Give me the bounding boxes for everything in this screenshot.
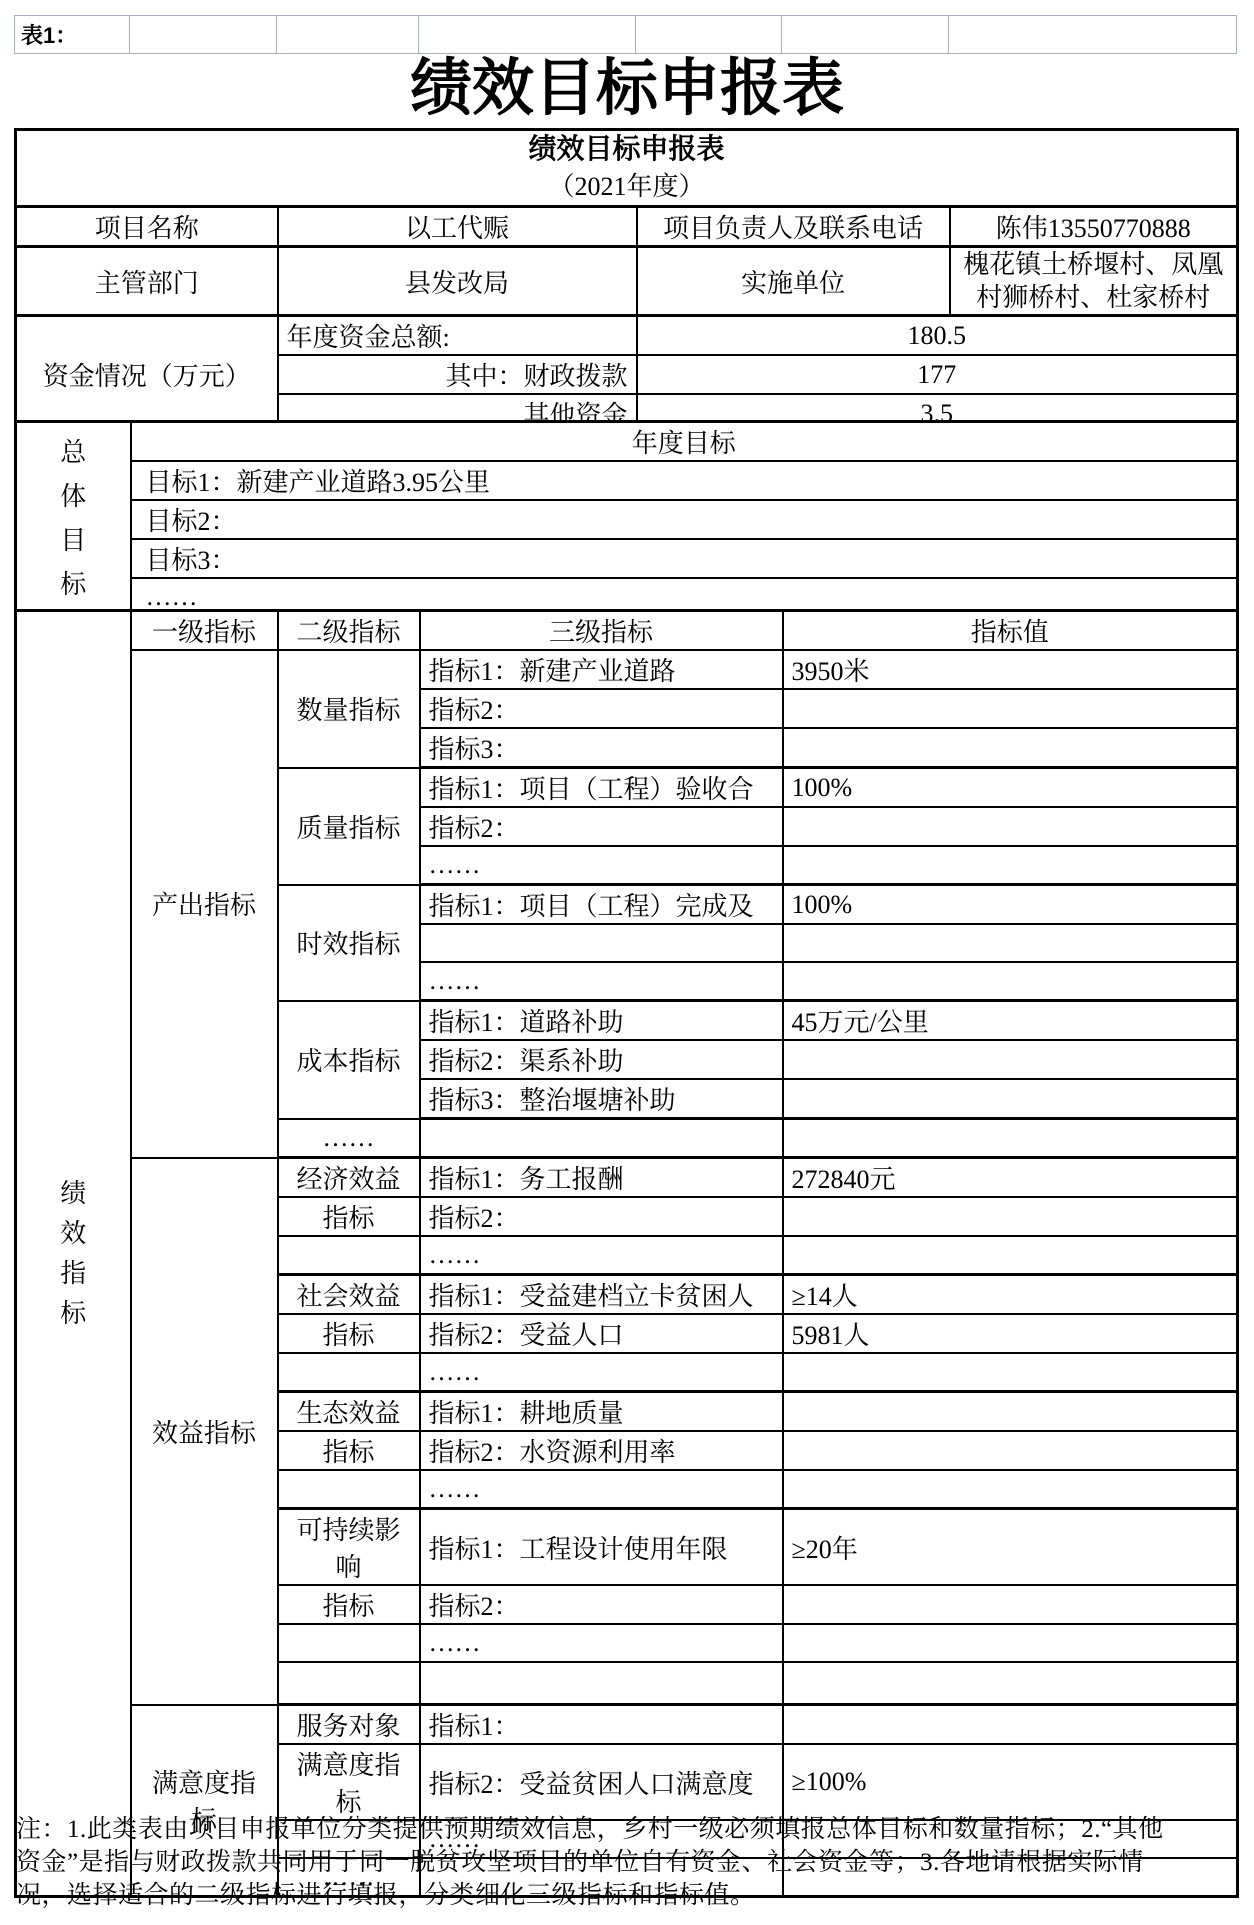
value-cell [783,1119,1238,1158]
form-header-table: 绩效目标申报表 （2021年度） 项目名称 以工代赈 项目负责人及联系电话 陈伟… [14,128,1239,435]
value-cell [783,1040,1238,1079]
l2-cell: 可持续影响 [278,1509,420,1586]
goal-row-3: 目标3： [131,539,1238,578]
funding-total-value: 180.5 [637,316,1238,356]
l3-cell [420,1119,783,1158]
footnote-line-2: 资金”是指与财政拨款共同用于同一脱贫攻坚项目的单位自有资金、社会资金等；3.各地… [16,1846,1240,1879]
spreadsheet-grid-row: 表1： [14,15,1237,54]
value-cell [783,1705,1238,1745]
l2-cell: 生态效益 [278,1392,420,1432]
l3-cell: 指标3： [420,728,783,768]
l3-cell: 指标2：水资源利用率 [420,1431,783,1470]
value-cell [783,1079,1238,1119]
l2-cell: 服务对象 [278,1705,420,1745]
l3-cell: 指标2：渠系补助 [420,1040,783,1079]
l2-cell [278,1236,420,1275]
value-cell: 3950米 [783,650,1238,689]
empty-grid-cell [419,16,636,54]
funding-total-label: 年度资金总额: [278,316,637,356]
value-cell [783,1585,1238,1624]
value-cell [783,807,1238,846]
l3-cell [420,1662,783,1705]
l3-cell: 指标1：务工报酬 [420,1158,783,1198]
project-name-label: 项目名称 [16,207,278,247]
department-label: 主管部门 [16,247,278,316]
l2-cell: 成本指标 [278,1001,420,1119]
l3-cell: 指标1：项目（工程）验收合 [420,768,783,808]
value-cell [783,1624,1238,1662]
value-cell [783,1236,1238,1275]
form-title: 绩效目标申报表 [25,131,1228,169]
form-year: （2021年度） [25,169,1228,205]
l3-cell: …… [420,1353,783,1392]
l3-cell: 指标2： [420,1197,783,1236]
sheet: 表1： 绩效目标申报表 绩效目标申报表 （2021年度） 项目名称 以工代赈 项… [0,0,1254,1925]
l3-cell: …… [420,962,783,1001]
footnote-line-3: 况，选择适合的二级指标进行填报，分类细化三级指标和指标值。 [16,1879,1240,1912]
l3-cell: 指标1： [420,1705,783,1745]
l3-cell: 指标2：受益人口 [420,1314,783,1353]
empty-grid-cell [636,16,782,54]
value-cell [783,962,1238,1001]
l2-cell: 质量指标 [278,768,420,885]
funding-section-label: 资金情况（万元） [16,316,278,434]
l3-cell: 指标2： [420,1585,783,1624]
l2-cell [278,1662,420,1705]
l3-cell: 指标3：整治堰塘补助 [420,1079,783,1119]
goal-row-2: 目标2： [131,500,1238,539]
l2-cell: 数量指标 [278,650,420,768]
empty-grid-cell [130,16,277,54]
value-cell: 100% [783,768,1238,808]
l3-cell: …… [420,1236,783,1275]
l2-cell: 满意度指标 [278,1744,420,1820]
value-cell: 5981人 [783,1314,1238,1353]
empty-grid-cell [949,16,1237,54]
l3-cell: …… [420,1624,783,1662]
annual-goal-header: 年度目标 [131,422,1238,462]
l2-cell: 指标 [278,1431,420,1470]
l3-cell: 指标2： [420,689,783,728]
value-cell: ≥100% [783,1744,1238,1820]
project-name-value: 以工代赈 [278,207,637,247]
l3-cell: 指标1：受益建档立卡贫困人 [420,1275,783,1315]
goal-row-1: 目标1：新建产业道路3.95公里 [131,461,1238,500]
value-cell: ≥14人 [783,1275,1238,1315]
col-header-l1: 一级指标 [131,611,278,651]
col-header-value: 指标值 [783,611,1238,651]
value-cell [783,1353,1238,1392]
l1-output: 产出指标 [131,650,278,1158]
value-cell: 45万元/公里 [783,1001,1238,1041]
l3-cell: 指标1：工程设计使用年限 [420,1509,783,1586]
l2-cell: 指标 [278,1585,420,1624]
l3-cell: …… [420,846,783,885]
col-header-l2: 二级指标 [278,611,420,651]
l2-cell: 社会效益 [278,1275,420,1315]
value-cell: 272840元 [783,1158,1238,1198]
l1-benefit: 效益指标 [131,1158,278,1705]
l2-cell: 指标 [278,1314,420,1353]
value-cell: ≥20年 [783,1509,1238,1586]
corner-cell-label: 表1： [15,16,130,54]
empty-grid-cell [277,16,419,54]
l2-cell: …… [278,1119,420,1158]
value-cell [783,1392,1238,1432]
l3-cell: 指标2： [420,807,783,846]
funding-fiscal-label: 其中：财政拨款 [278,355,637,394]
col-header-l3: 三级指标 [420,611,783,651]
l3-cell: 指标1：耕地质量 [420,1392,783,1432]
indicators-section-label: 绩效指标 [16,611,131,1897]
value-cell [783,1431,1238,1470]
value-cell [783,846,1238,885]
l3-cell: 指标1：项目（工程）完成及 [420,885,783,925]
contact-label: 项目负责人及联系电话 [637,207,950,247]
empty-grid-cell [782,16,949,54]
footnote: 注：1.此类表由项目申报单位分类提供预期绩效信息，乡村一级必须填报总体目标和数量… [16,1813,1240,1912]
overall-goal-vertical-text: 总体目标 [58,431,88,607]
l2-cell [278,1470,420,1509]
l2-cell: 经济效益 [278,1158,420,1198]
value-cell [783,689,1238,728]
l3-cell: …… [420,1470,783,1509]
contact-value: 陈伟13550770888 [950,207,1238,247]
value-cell [783,1197,1238,1236]
l3-cell [420,924,783,962]
implementer-value: 槐花镇土桥堰村、凤凰村狮桥村、杜家桥村 [950,247,1238,316]
l2-cell [278,1353,420,1392]
overall-goal-section-label: 总体目标 [16,422,131,617]
page-title: 绩效目标申报表 [0,50,1254,128]
overall-goal-table: 总体目标 年度目标 目标1：新建产业道路3.95公里 目标2： 目标3： …… [14,420,1239,618]
department-value: 县发改局 [278,247,637,316]
indicators-table: 绩效指标 一级指标 二级指标 三级指标 指标值 产出指标 数量指标 指标1：新建… [14,609,1239,1898]
l3-cell: 指标2：受益贫困人口满意度 [420,1744,783,1820]
l3-cell: 指标1：道路补助 [420,1001,783,1041]
l2-cell [278,1624,420,1662]
value-cell [783,924,1238,962]
l2-cell: 指标 [278,1197,420,1236]
value-cell [783,728,1238,768]
value-cell [783,1470,1238,1509]
footnote-line-1: 注：1.此类表由项目申报单位分类提供预期绩效信息，乡村一级必须填报总体目标和数量… [16,1813,1240,1846]
implementer-label: 实施单位 [637,247,950,316]
l3-cell: 指标1：新建产业道路 [420,650,783,689]
funding-fiscal-value: 177 [637,355,1238,394]
value-cell: 100% [783,885,1238,925]
l2-cell: 时效指标 [278,885,420,1001]
form-title-cell: 绩效目标申报表 （2021年度） [16,130,1238,207]
value-cell [783,1662,1238,1705]
indicators-vertical-text: 绩效指标 [58,1174,88,1334]
